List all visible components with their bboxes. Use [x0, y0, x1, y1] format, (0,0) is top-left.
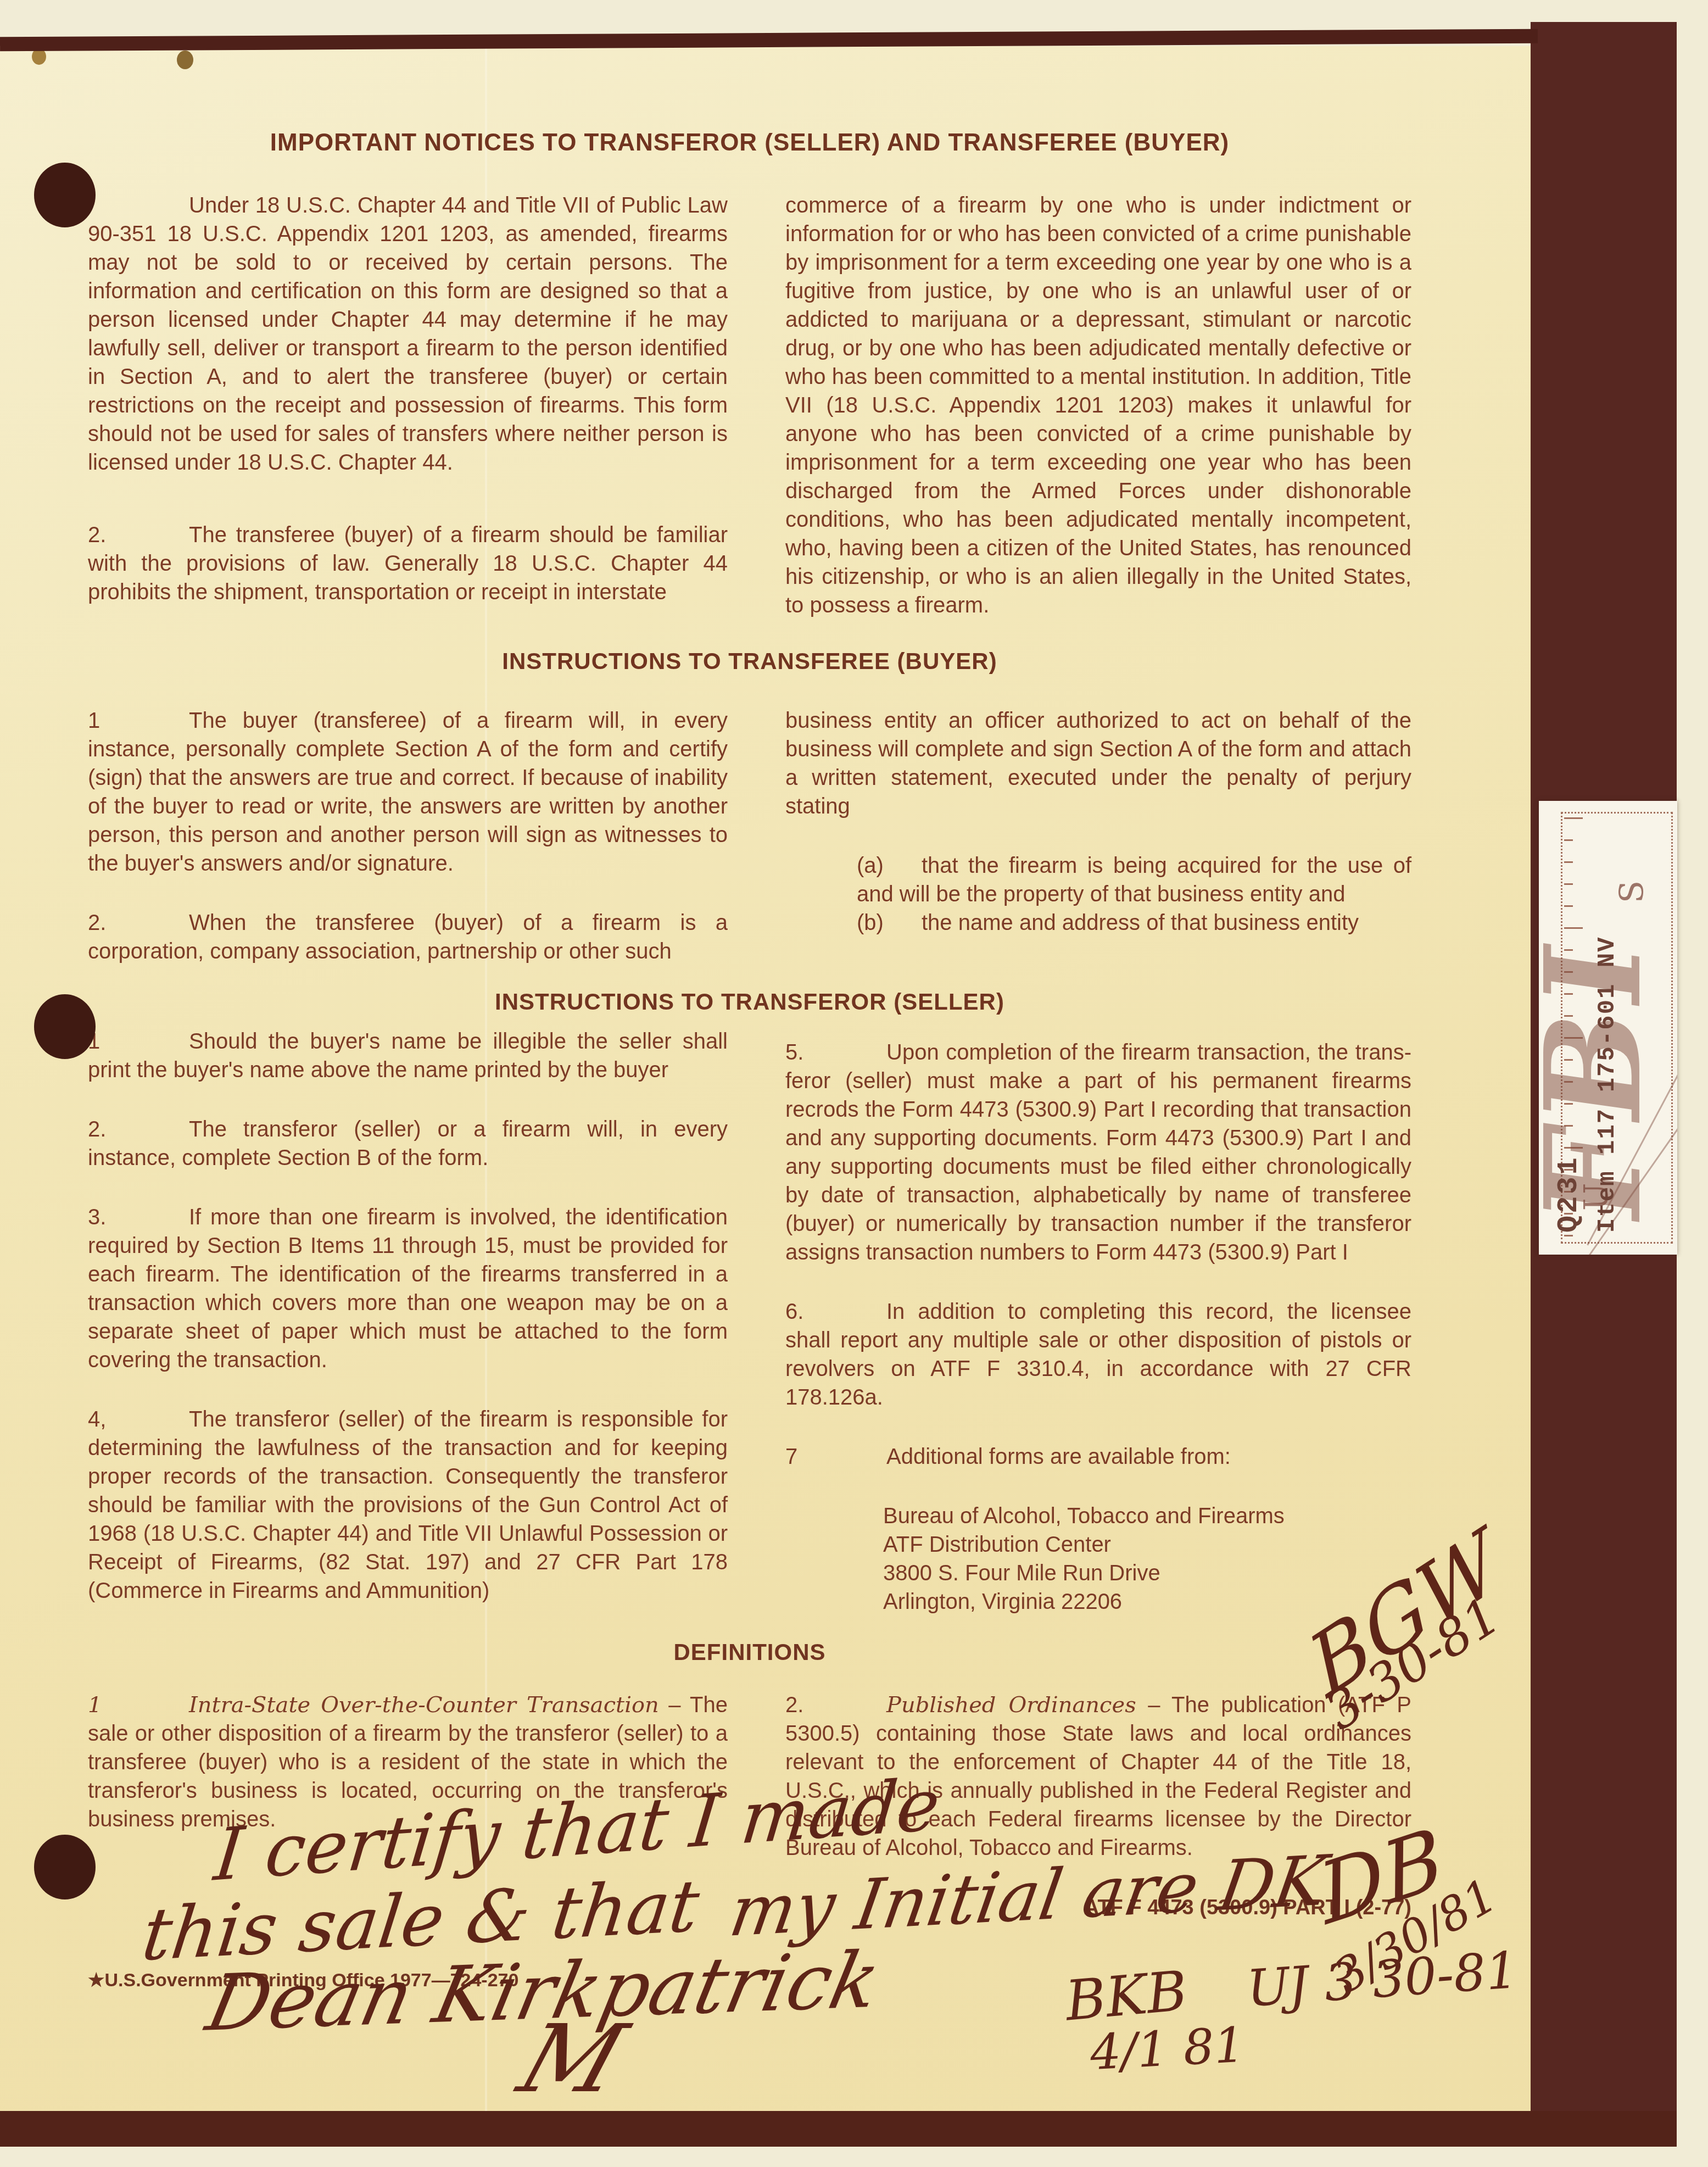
- scanned-document: IMPORTANT NOTICES TO TRANSFEROR (SELLER)…: [0, 0, 1708, 2167]
- notice-paragraph-1-text: Under 18 U.S.C. Chapter 44 and Title VII…: [88, 193, 728, 475]
- paragraph-number: 2.: [785, 1691, 886, 1719]
- star-icon: ★: [88, 1970, 104, 1991]
- notices-section: Under 18 U.S.C. Chapter 44 and Title VII…: [88, 191, 1411, 620]
- transferor-item-5-text: Upon completion of the firearm transacti…: [785, 1040, 1411, 1264]
- transferor-instructions-section: 1Should the buyer's name be illegible th…: [88, 1027, 1411, 1616]
- definition-1-term: Intra-State Over-the-Counter Transaction: [189, 1692, 659, 1718]
- fbi-evidence-label: FBI S U Q231 Item 117 175-601 NV: [1539, 801, 1677, 1255]
- transferee-item-2: 2.When the transferee (buyer) of a firea…: [88, 909, 728, 966]
- transferee-right-intro: business entity an officer authorized to…: [785, 706, 1411, 821]
- subitem-a-text: that the firearm is being acquired for t…: [857, 854, 1411, 906]
- atf-address-line: 3800 S. Four Mile Run Drive: [883, 1559, 1411, 1587]
- subitem-label: (b): [857, 909, 922, 937]
- transferor-item-5: 5.Upon completion of the firearm transac…: [785, 1038, 1411, 1267]
- transferor-item-4-text: The transferor (seller) of the firearm i…: [88, 1407, 728, 1603]
- transferee-right-column: business entity an officer authorized to…: [785, 706, 1411, 937]
- transferor-instructions-heading: INSTRUCTIONS TO TRANSFEROR (SELLER): [88, 988, 1411, 1016]
- paragraph-number: 6.: [785, 1297, 886, 1326]
- transferee-subitem-b: (b)the name and address of that business…: [857, 909, 1411, 937]
- punch-hole: [34, 994, 96, 1059]
- atf-address-line: Bureau of Alcohol, Tobacco and Firearms: [883, 1502, 1411, 1530]
- definitions-heading: DEFINITIONS: [88, 1638, 1411, 1667]
- transferor-item-7: 7Additional forms are available from:: [785, 1442, 1411, 1471]
- paragraph-number: 2.: [88, 1115, 189, 1144]
- paragraph-number: 4,: [88, 1405, 189, 1434]
- notice-paragraph-1: Under 18 U.S.C. Chapter 44 and Title VII…: [88, 191, 728, 477]
- atf-address-block: Bureau of Alcohol, Tobacco and Firearms …: [883, 1502, 1411, 1616]
- transferor-item-1: 1Should the buyer's name be illegible th…: [88, 1027, 728, 1084]
- paragraph-number: 2.: [88, 909, 189, 937]
- atf-address-line: ATF Distribution Center: [883, 1530, 1411, 1559]
- transferor-item-2: 2.The transferor (seller) or a firearm w…: [88, 1115, 728, 1172]
- paragraph-number: 1: [88, 706, 189, 735]
- paragraph-number: 5.: [785, 1038, 886, 1067]
- paragraph-number: 1: [88, 1027, 189, 1056]
- transferor-item-6: 6.In addition to completing this record,…: [785, 1297, 1411, 1412]
- paragraph-number: 2.: [88, 521, 189, 549]
- transferor-left-column: 1Should the buyer's name be illegible th…: [88, 1027, 728, 1605]
- subitem-label: (a): [857, 851, 922, 880]
- transferor-item-7-text: Additional forms are available from:: [886, 1445, 1231, 1469]
- notices-left-column: Under 18 U.S.C. Chapter 44 and Title VII…: [88, 191, 728, 606]
- notices-heading: IMPORTANT NOTICES TO TRANSFEROR (SELLER)…: [88, 129, 1411, 157]
- form-content: IMPORTANT NOTICES TO TRANSFEROR (SELLER)…: [88, 129, 1411, 1862]
- punch-hole: [34, 163, 96, 227]
- subitem-b-text: the name and address of that business en…: [922, 911, 1359, 935]
- transferor-item-3: 3.If more than one firearm is involved, …: [88, 1203, 728, 1374]
- paragraph-number: 3.: [88, 1203, 189, 1232]
- transferee-left-column: 1The buyer (transferee) of a firearm wil…: [88, 706, 728, 966]
- notice-paragraph-2: 2.The transferee (buyer) of a firearm sh…: [88, 521, 728, 606]
- mat-edge-bottom: [0, 2111, 1677, 2147]
- transferee-instructions-section: 1The buyer (transferee) of a firearm wil…: [88, 706, 1411, 966]
- transferor-item-4: 4,The transferor (seller) of the firearm…: [88, 1405, 728, 1605]
- label-item-number: Item 117 175-601 NV: [1594, 936, 1621, 1233]
- label-case-number: Q231: [1553, 1155, 1585, 1233]
- transferor-right-column: 5.Upon completion of the firearm transac…: [785, 1027, 1411, 1616]
- transferee-item-1: 1The buyer (transferee) of a firearm wil…: [88, 706, 728, 878]
- notice-paragraph-continuation: commerce of a firearm by one who is unde…: [785, 191, 1411, 620]
- fbi-stamp-letter-s: S: [1613, 881, 1651, 903]
- handwritten-bottom-initials-date: 4/1 81: [1089, 2016, 1246, 2081]
- punch-hole: [34, 1835, 96, 1899]
- transferee-instructions-heading: INSTRUCTIONS TO TRANSFEREE (BUYER): [88, 647, 1411, 676]
- paragraph-number: 1: [88, 1691, 189, 1719]
- notices-right-column: commerce of a firearm by one who is unde…: [785, 191, 1411, 620]
- definition-2-term: Published Ordinances: [886, 1692, 1136, 1718]
- transferee-subitem-a: (a)that the firearm is being acquired fo…: [857, 851, 1411, 909]
- staple-hole: [177, 51, 193, 69]
- paragraph-number: 7: [785, 1442, 886, 1471]
